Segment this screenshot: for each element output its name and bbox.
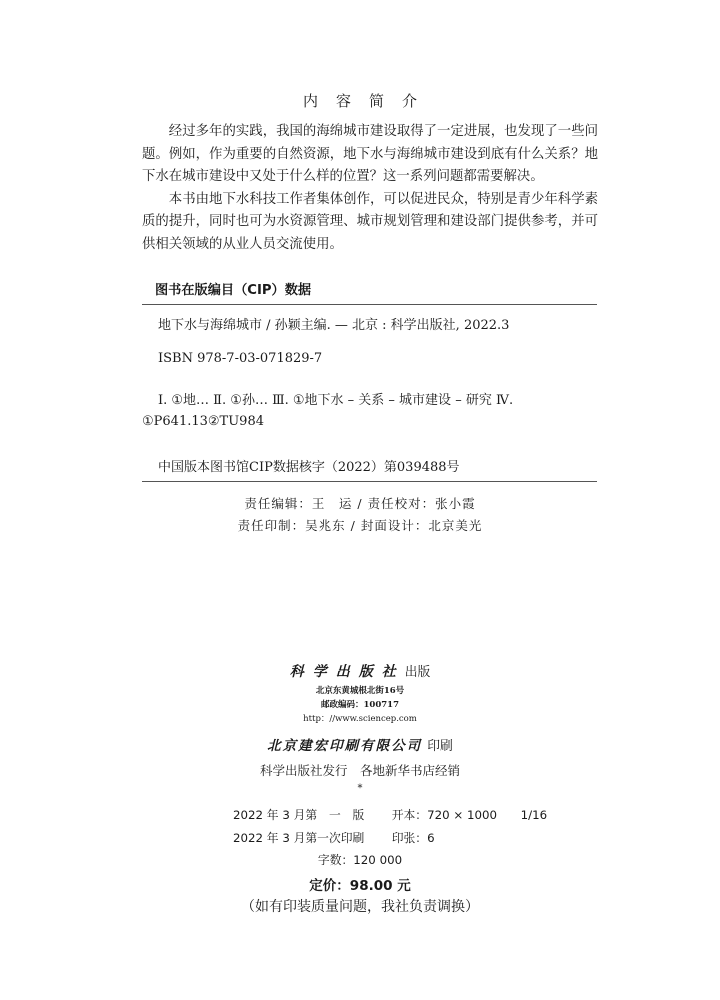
cip-isbn: ISBN 978-7-03-071829-7 <box>158 351 322 366</box>
publisher-address: 北京东黄城根北街16号 <box>0 684 720 696</box>
distribution-line: 科学出版社发行 各地新华书店经销 <box>0 761 720 779</box>
summary-paragraph-2: 本书由地下水科技工作者集体创作，可以促进民众，特别是青少年科学素质的提升，同时也… <box>142 189 598 257</box>
credits-editors: 责任编辑：王 运 / 责任校对：张小霞 <box>0 494 720 512</box>
cip-title-line: 地下水与海绵城市 / 孙颖主编. — 北京 : 科学出版社, 2022.3 <box>158 314 509 333</box>
summary-title: 内容简介 <box>0 90 720 111</box>
publisher-postcode: 邮政编码：100717 <box>0 698 720 710</box>
publisher-action: 出版 <box>405 665 431 680</box>
separator-asterisk: * <box>0 783 720 794</box>
cip-record-number: 中国版本图书馆CIP数据核字（2022）第039488号 <box>158 456 460 475</box>
cip-classification-2: ①P641.13②TU984 <box>142 414 264 429</box>
publisher-url: http：//www.sciencep.com <box>0 712 720 724</box>
printer-name: 北京建宏印刷有限公司 <box>267 738 422 754</box>
word-count: 字数：120 000 <box>0 851 720 868</box>
publisher-line: 科学出版社出版 <box>0 661 720 681</box>
cip-classification-1: Ⅰ. ①地… Ⅱ. ①孙… Ⅲ. ①地下水 – 关系 – 城市建设 – 研究 Ⅳ… <box>158 389 513 408</box>
cip-heading: 图书在版编目（CIP）数据 <box>155 279 311 298</box>
cip-bottom-rule <box>142 481 597 482</box>
credits-production: 责任印制：吴兆东 / 封面设计：北京美光 <box>0 516 720 534</box>
printer-line: 北京建宏印刷有限公司 印刷 <box>0 734 720 754</box>
publisher-name: 科学出版社 <box>290 664 405 680</box>
printer-action: 印刷 <box>427 739 453 754</box>
price: 定价：98.00 元 <box>0 874 720 894</box>
quality-note: （如有印装质量问题，我社负责调换） <box>0 896 720 916</box>
summary-paragraph-1: 经过多年的实践，我国的海绵城市建设取得了一定进展，也发现了一些问题。例如，作为重… <box>142 121 598 189</box>
edition-line: 2022 年 3 月第 一 版 开本：720 × 1000 1/16 <box>233 806 547 823</box>
printing-line: 2022 年 3 月第一次印刷 印张：6 <box>233 829 435 846</box>
summary-body: 经过多年的实践，我国的海绵城市建设取得了一定进展，也发现了一些问题。例如，作为重… <box>142 121 598 256</box>
cip-top-rule <box>142 304 597 305</box>
